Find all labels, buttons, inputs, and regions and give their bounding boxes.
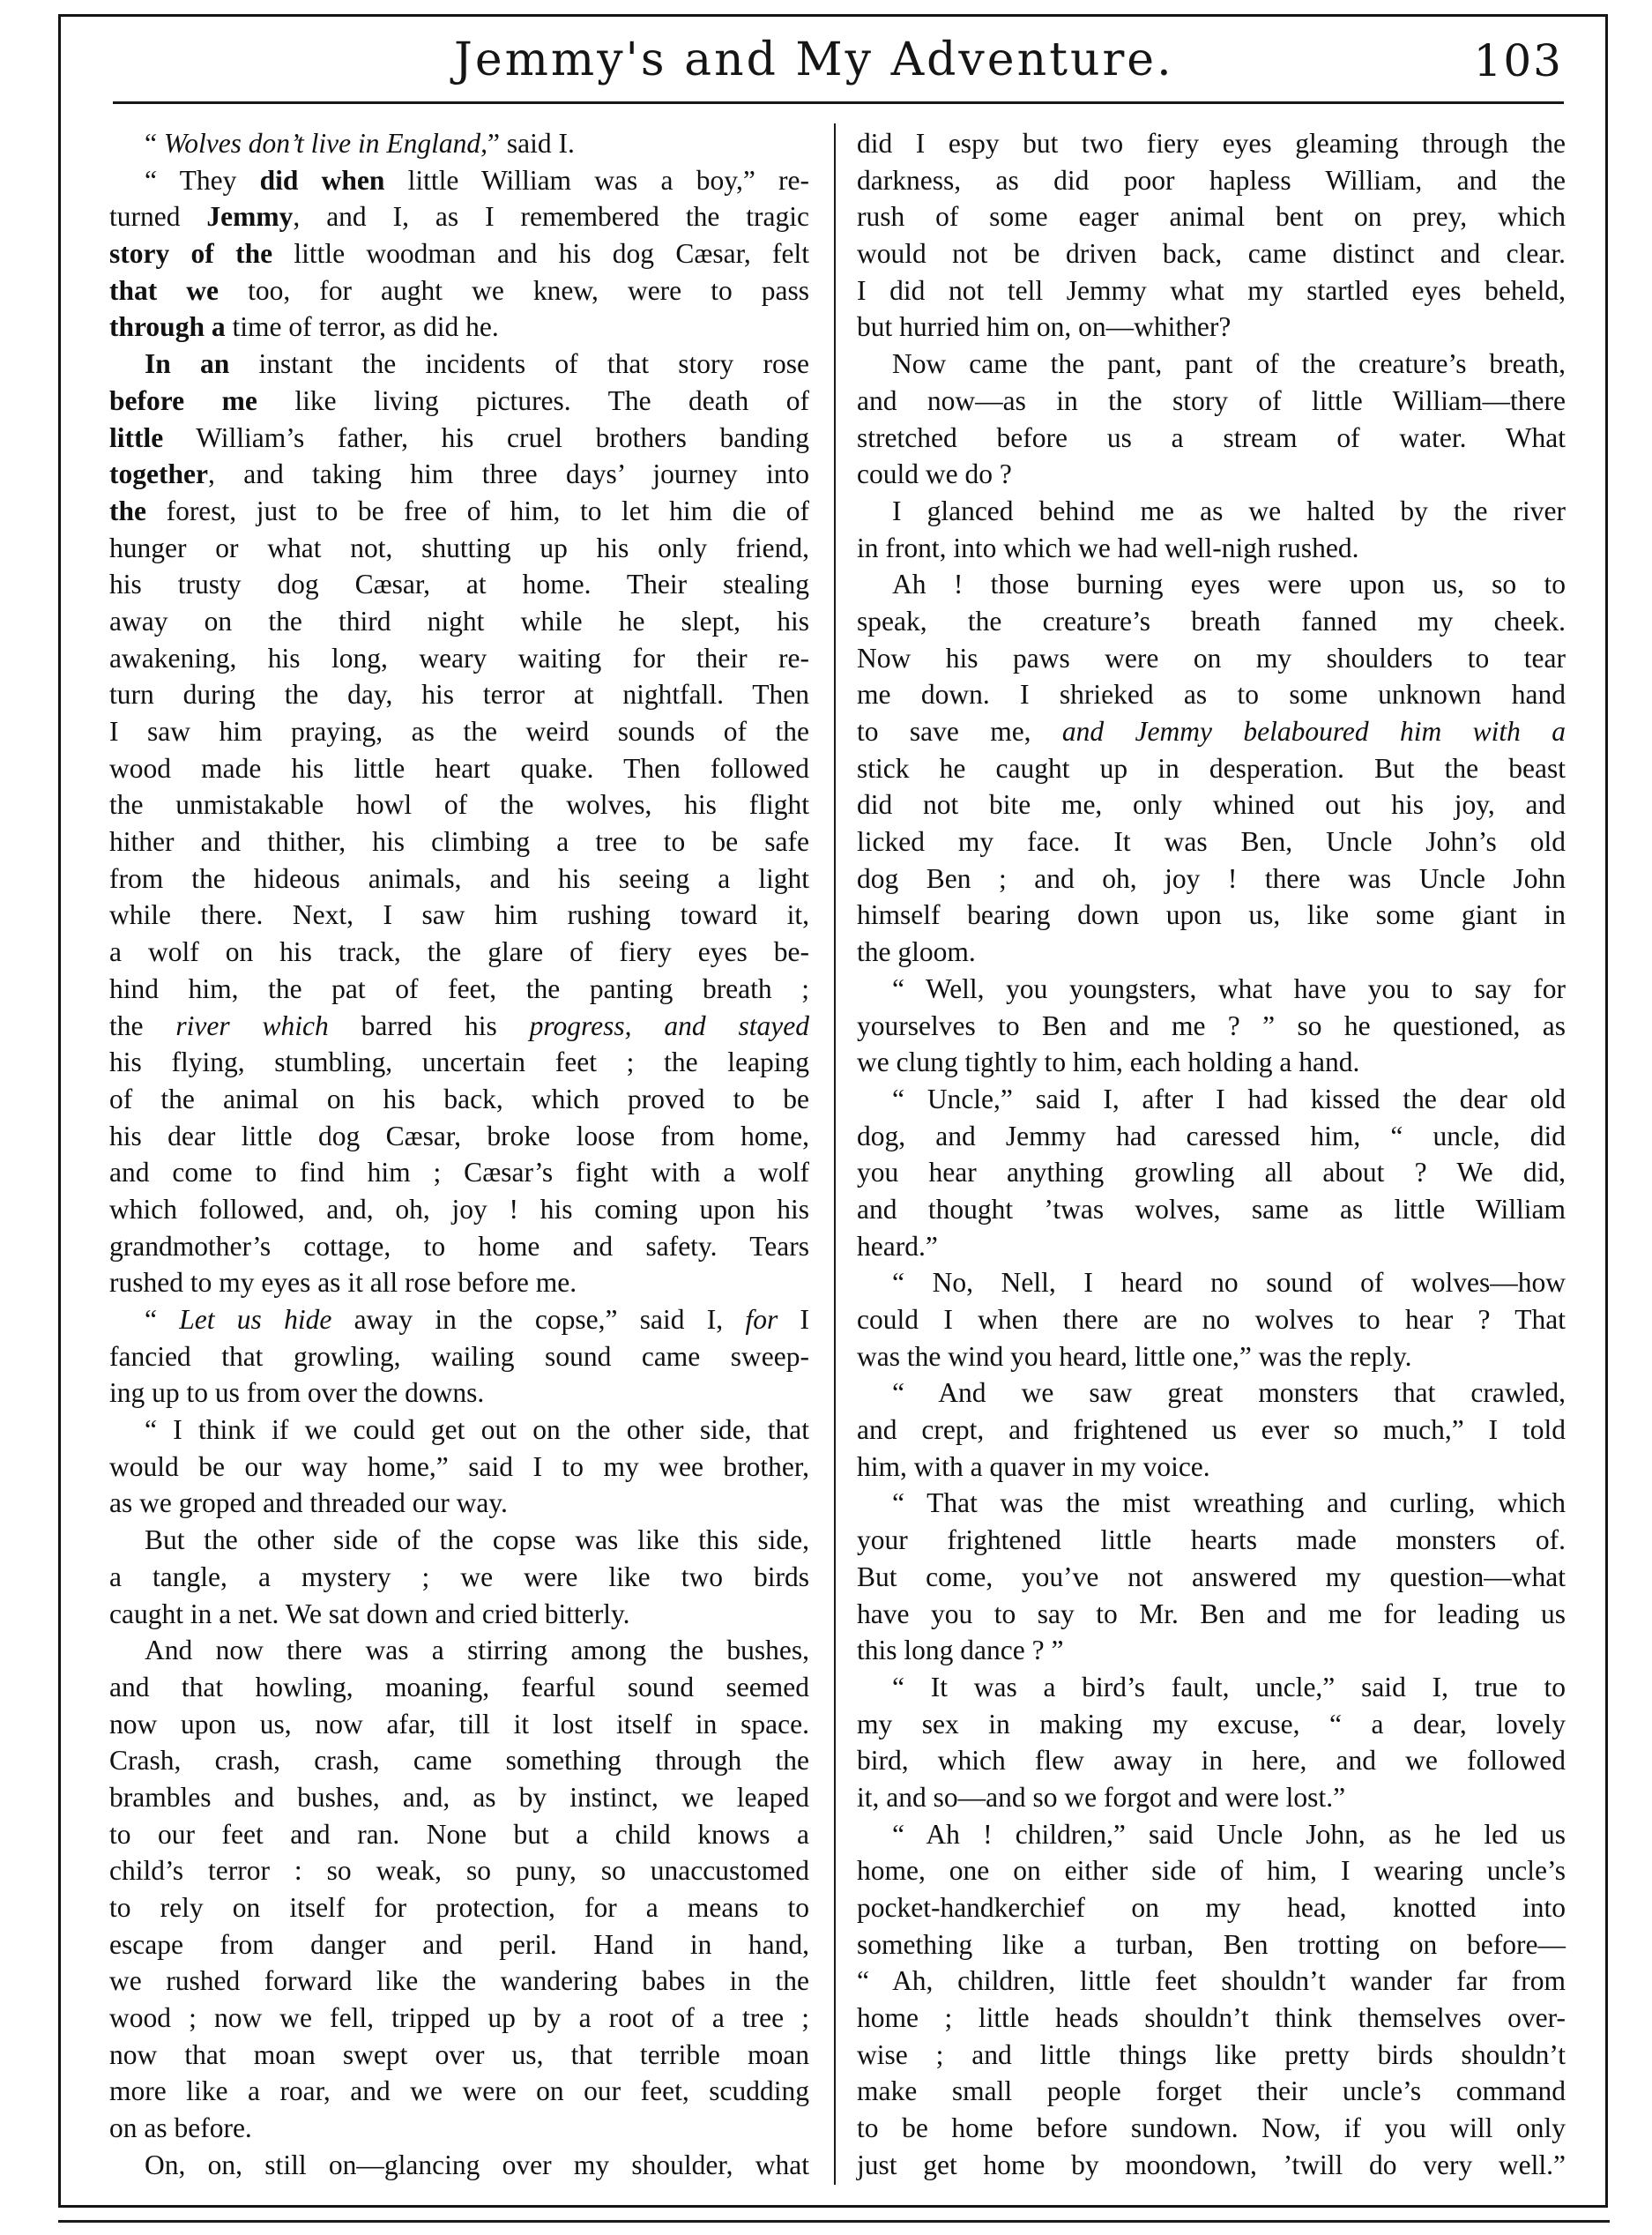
text-line: the forest, just to be free of him, to l… — [109, 493, 809, 530]
text-line: child’s terror : so weak, so puny, so un… — [109, 1852, 809, 1889]
text-line: and that howling, moaning, fearful sound… — [109, 1669, 809, 1706]
text-line: hind him, the pat of feet, the panting b… — [109, 971, 809, 1008]
text-line: wise ; and little things like pretty bir… — [857, 2037, 1566, 2074]
text-line: home, one on either side of him, I weari… — [857, 1852, 1566, 1889]
page-title: Jemmy's and My Adventure. — [454, 34, 1174, 86]
text-line: “ No, Nell, I heard no sound of wolves—h… — [857, 1264, 1566, 1301]
text-line: speak, the creature’s breath fanned my c… — [857, 603, 1566, 640]
text-line: “ It was a bird’s fault, uncle,” said I,… — [857, 1669, 1566, 1706]
paragraph: “ Ah ! children,” said Uncle John, as he… — [857, 1816, 1566, 2184]
text-line: his trusty dog Cæsar, at home. Their ste… — [109, 566, 809, 603]
text-line: little William’s father, his cruel broth… — [109, 420, 809, 457]
text-line: hunger or what not, shutting up his only… — [109, 530, 809, 567]
paragraph: And now there was a stirring among the b… — [109, 1632, 809, 2147]
text-line: and crept, and frightened us ever so muc… — [857, 1412, 1566, 1449]
text-line: stretched before us a stream of water. W… — [857, 420, 1566, 457]
text-line: was the wind you heard, little one,” was… — [857, 1338, 1566, 1375]
text-line: In an instant the incidents of that stor… — [109, 346, 809, 383]
text-line: more like a roar, and we were on our fee… — [109, 2073, 809, 2110]
text-line: hither and thither, his climbing a tree … — [109, 823, 809, 860]
text-line: it, and so—and so we forgot and were los… — [857, 1779, 1566, 1816]
paragraph: “ No, Nell, I heard no sound of wolves—h… — [857, 1264, 1566, 1375]
text-line: did I espy but two fiery eyes gleaming t… — [857, 125, 1566, 162]
paragraph: “ Let us hide away in the copse,” said I… — [109, 1301, 809, 1412]
page-bottom-rule — [58, 2220, 1610, 2223]
text-line: dog Ben ; and oh, joy ! there was Uncle … — [857, 860, 1566, 898]
text-line: Now his paws were on my shoulders to tea… — [857, 640, 1566, 677]
running-head: Jemmy's and My Adventure. 103 — [112, 26, 1565, 97]
paragraph: I glanced behind me as we halted by the … — [857, 493, 1566, 566]
text-line: licked my face. It was Ben, Uncle John’s… — [857, 823, 1566, 860]
text-line: “ I think if we could get out on the oth… — [109, 1412, 809, 1449]
text-line: awakening, his long, weary waiting for t… — [109, 640, 809, 677]
paragraph: “ They did when little William was a boy… — [109, 162, 809, 346]
text-line: And now there was a stirring among the b… — [109, 1632, 809, 1669]
paragraph: Ah ! those burning eyes were upon us, so… — [857, 566, 1566, 971]
text-line: ing up to us from over the downs. — [109, 1375, 809, 1412]
text-line: heard.” — [857, 1228, 1566, 1265]
text-line: Crash, crash, crash, came something thro… — [109, 1742, 809, 1779]
paragraph: “ I think if we could get out on the oth… — [109, 1412, 809, 1522]
text-line: of the animal on his back, which proved … — [109, 1081, 809, 1118]
text-line: I did not tell Jemmy what my startled ey… — [857, 272, 1566, 309]
text-column-left: “ Wolves don’t live in England,” said I.… — [109, 125, 809, 2184]
text-line: wood made his little heart quake. Then f… — [109, 750, 809, 787]
text-line: turned Jemmy, and I, as I remembered the… — [109, 198, 809, 235]
header-rule — [113, 101, 1564, 104]
text-line: “ That was the mist wreathing and curlin… — [857, 1485, 1566, 1522]
text-line: rushed to my eyes as it all rose before … — [109, 1264, 809, 1301]
text-line: your frightened little hearts made monst… — [857, 1522, 1566, 1559]
text-line: you hear anything growling all about ? W… — [857, 1154, 1566, 1191]
text-line: together, and taking him three days’ jou… — [109, 456, 809, 493]
paragraph: “ It was a bird’s fault, uncle,” said I,… — [857, 1669, 1566, 1816]
text-line: and now—as in the story of little Willia… — [857, 383, 1566, 420]
paragraph: In an instant the incidents of that stor… — [109, 346, 809, 1301]
text-line: could I when there are no wolves to hear… — [857, 1301, 1566, 1338]
text-line: caught in a net. We sat down and cried b… — [109, 1596, 809, 1633]
text-line: that we too, for aught we knew, were to … — [109, 272, 809, 309]
text-line: stick he caught up in desperation. But t… — [857, 750, 1566, 787]
text-line: bird, which flew away in here, and we fo… — [857, 1742, 1566, 1779]
text-line: turn during the day, his terror at night… — [109, 676, 809, 713]
text-line: dog, and Jemmy had caressed him, “ uncle… — [857, 1118, 1566, 1155]
text-line: “ Ah ! children,” said Uncle John, as he… — [857, 1816, 1566, 1853]
text-line: I glanced behind me as we halted by the … — [857, 493, 1566, 530]
text-line: in front, into which we had well-nigh ru… — [857, 530, 1566, 567]
text-line: just get home by moondown, ’twill do ver… — [857, 2147, 1566, 2184]
text-line: to rely on itself for protection, for a … — [109, 1889, 809, 1926]
paragraph: “ Well, you youngsters, what have you to… — [857, 971, 1566, 1081]
paragraph: “ That was the mist wreathing and curlin… — [857, 1485, 1566, 1668]
text-line: but hurried him on, on—whither? — [857, 309, 1566, 346]
text-line: brambles and bushes, and, as by instinct… — [109, 1779, 809, 1816]
text-line: now upon us, now afar, till it lost itse… — [109, 1706, 809, 1743]
text-line: on as before. — [109, 2110, 809, 2147]
text-line: could we do ? — [857, 456, 1566, 493]
text-line: himself bearing down upon us, like some … — [857, 897, 1566, 934]
text-line: as we groped and threaded our way. — [109, 1485, 809, 1522]
text-line: home ; little heads shouldn’t think them… — [857, 2000, 1566, 2037]
text-line: the unmistakable howl of the wolves, his… — [109, 786, 809, 823]
text-line: I saw him praying, as the weird sounds o… — [109, 713, 809, 750]
text-line: to be home before sundown. Now, if you w… — [857, 2110, 1566, 2147]
text-line: fancied that growling, wailing sound cam… — [109, 1338, 809, 1375]
page-number: 103 — [1474, 35, 1563, 86]
text-line: we clung tightly to him, each holding a … — [857, 1044, 1566, 1081]
text-line: the gloom. — [857, 934, 1566, 971]
text-line: “ Ah, children, little feet shouldn’t wa… — [857, 1963, 1566, 2000]
text-line: before me like living pictures. The deat… — [109, 383, 809, 420]
text-line: him, with a quaver in my voice. — [857, 1449, 1566, 1486]
text-line: me down. I shrieked as to some unknown h… — [857, 676, 1566, 713]
text-line: a wolf on his track, the glare of fiery … — [109, 934, 809, 971]
text-line: “ They did when little William was a boy… — [109, 162, 809, 199]
text-line: On, on, still on—glancing over my should… — [109, 2147, 809, 2184]
paragraph: But the other side of the copse was like… — [109, 1522, 809, 1632]
text-line: darkness, as did poor hapless William, a… — [857, 162, 1566, 199]
text-line: “ Uncle,” said I, after I had kissed the… — [857, 1081, 1566, 1118]
text-line: my sex in making my excuse, “ a dear, lo… — [857, 1706, 1566, 1743]
text-line: But come, you’ve not answered my questio… — [857, 1559, 1566, 1596]
paragraph: did I espy but two fiery eyes gleaming t… — [857, 125, 1566, 346]
text-line: now that moan swept over us, that terrib… — [109, 2037, 809, 2074]
text-line: we rushed forward like the wandering bab… — [109, 1963, 809, 2000]
text-line: and come to find him ; Cæsar’s fight wit… — [109, 1154, 809, 1191]
text-line: from the hideous animals, and his seeing… — [109, 860, 809, 898]
text-line: story of the little woodman and his dog … — [109, 235, 809, 272]
paragraph: “ And we saw great monsters that crawled… — [857, 1375, 1566, 1485]
text-line: But the other side of the copse was like… — [109, 1522, 809, 1559]
text-line: “ Let us hide away in the copse,” said I… — [109, 1301, 809, 1338]
paragraph: Now came the pant, pant of the creature’… — [857, 346, 1566, 493]
text-line: while there. Next, I saw him rushing tow… — [109, 897, 809, 934]
text-line: this long dance ? ” — [857, 1632, 1566, 1669]
text-line: away on the third night while he slept, … — [109, 603, 809, 640]
text-line: yourselves to Ben and me ? ” so he quest… — [857, 1008, 1566, 1045]
text-line: through a time of terror, as did he. — [109, 309, 809, 346]
text-line: make small people forget their uncle’s c… — [857, 2073, 1566, 2110]
text-line: “ Well, you youngsters, what have you to… — [857, 971, 1566, 1008]
text-line: would be our way home,” said I to my wee… — [109, 1449, 809, 1486]
text-line: Ah ! those burning eyes were upon us, so… — [857, 566, 1566, 603]
text-line: Now came the pant, pant of the creature’… — [857, 346, 1566, 383]
column-divider — [834, 123, 836, 2185]
text-line: which followed, and, oh, joy ! his comin… — [109, 1191, 809, 1228]
text-column-right: did I espy but two fiery eyes gleaming t… — [857, 125, 1566, 2184]
text-line: to save me, and Jemmy belaboured him wit… — [857, 713, 1566, 750]
text-line: something like a turban, Ben trotting on… — [857, 1926, 1566, 1963]
text-line: escape from danger and peril. Hand in ha… — [109, 1926, 809, 1963]
text-line: and thought ’twas wolves, same as little… — [857, 1191, 1566, 1228]
text-line: grandmother’s cottage, to home and safet… — [109, 1228, 809, 1265]
text-line: “ And we saw great monsters that crawled… — [857, 1375, 1566, 1412]
paragraph: On, on, still on—glancing over my should… — [109, 2147, 809, 2184]
text-line: did not bite me, only whined out his joy… — [857, 786, 1566, 823]
text-line: “ Wolves don’t live in England,” said I. — [109, 125, 809, 162]
text-line: rush of some eager animal bent on prey, … — [857, 198, 1566, 235]
text-line: have you to say to Mr. Ben and me for le… — [857, 1596, 1566, 1633]
text-line: to our feet and ran. None but a child kn… — [109, 1816, 809, 1853]
text-line: would not be driven back, came distinct … — [857, 235, 1566, 272]
paragraph: “ Wolves don’t live in England,” said I. — [109, 125, 809, 162]
text-line: his flying, stumbling, uncertain feet ; … — [109, 1044, 809, 1081]
text-line: a tangle, a mystery ; we were like two b… — [109, 1559, 809, 1596]
text-line: the river which barred his progress, and… — [109, 1008, 809, 1045]
text-line: his dear little dog Cæsar, broke loose f… — [109, 1118, 809, 1155]
paragraph: “ Uncle,” said I, after I had kissed the… — [857, 1081, 1566, 1264]
text-line: wood ; now we fell, tripped up by a root… — [109, 2000, 809, 2037]
text-line: pocket-handkerchief on my head, knotted … — [857, 1889, 1566, 1926]
